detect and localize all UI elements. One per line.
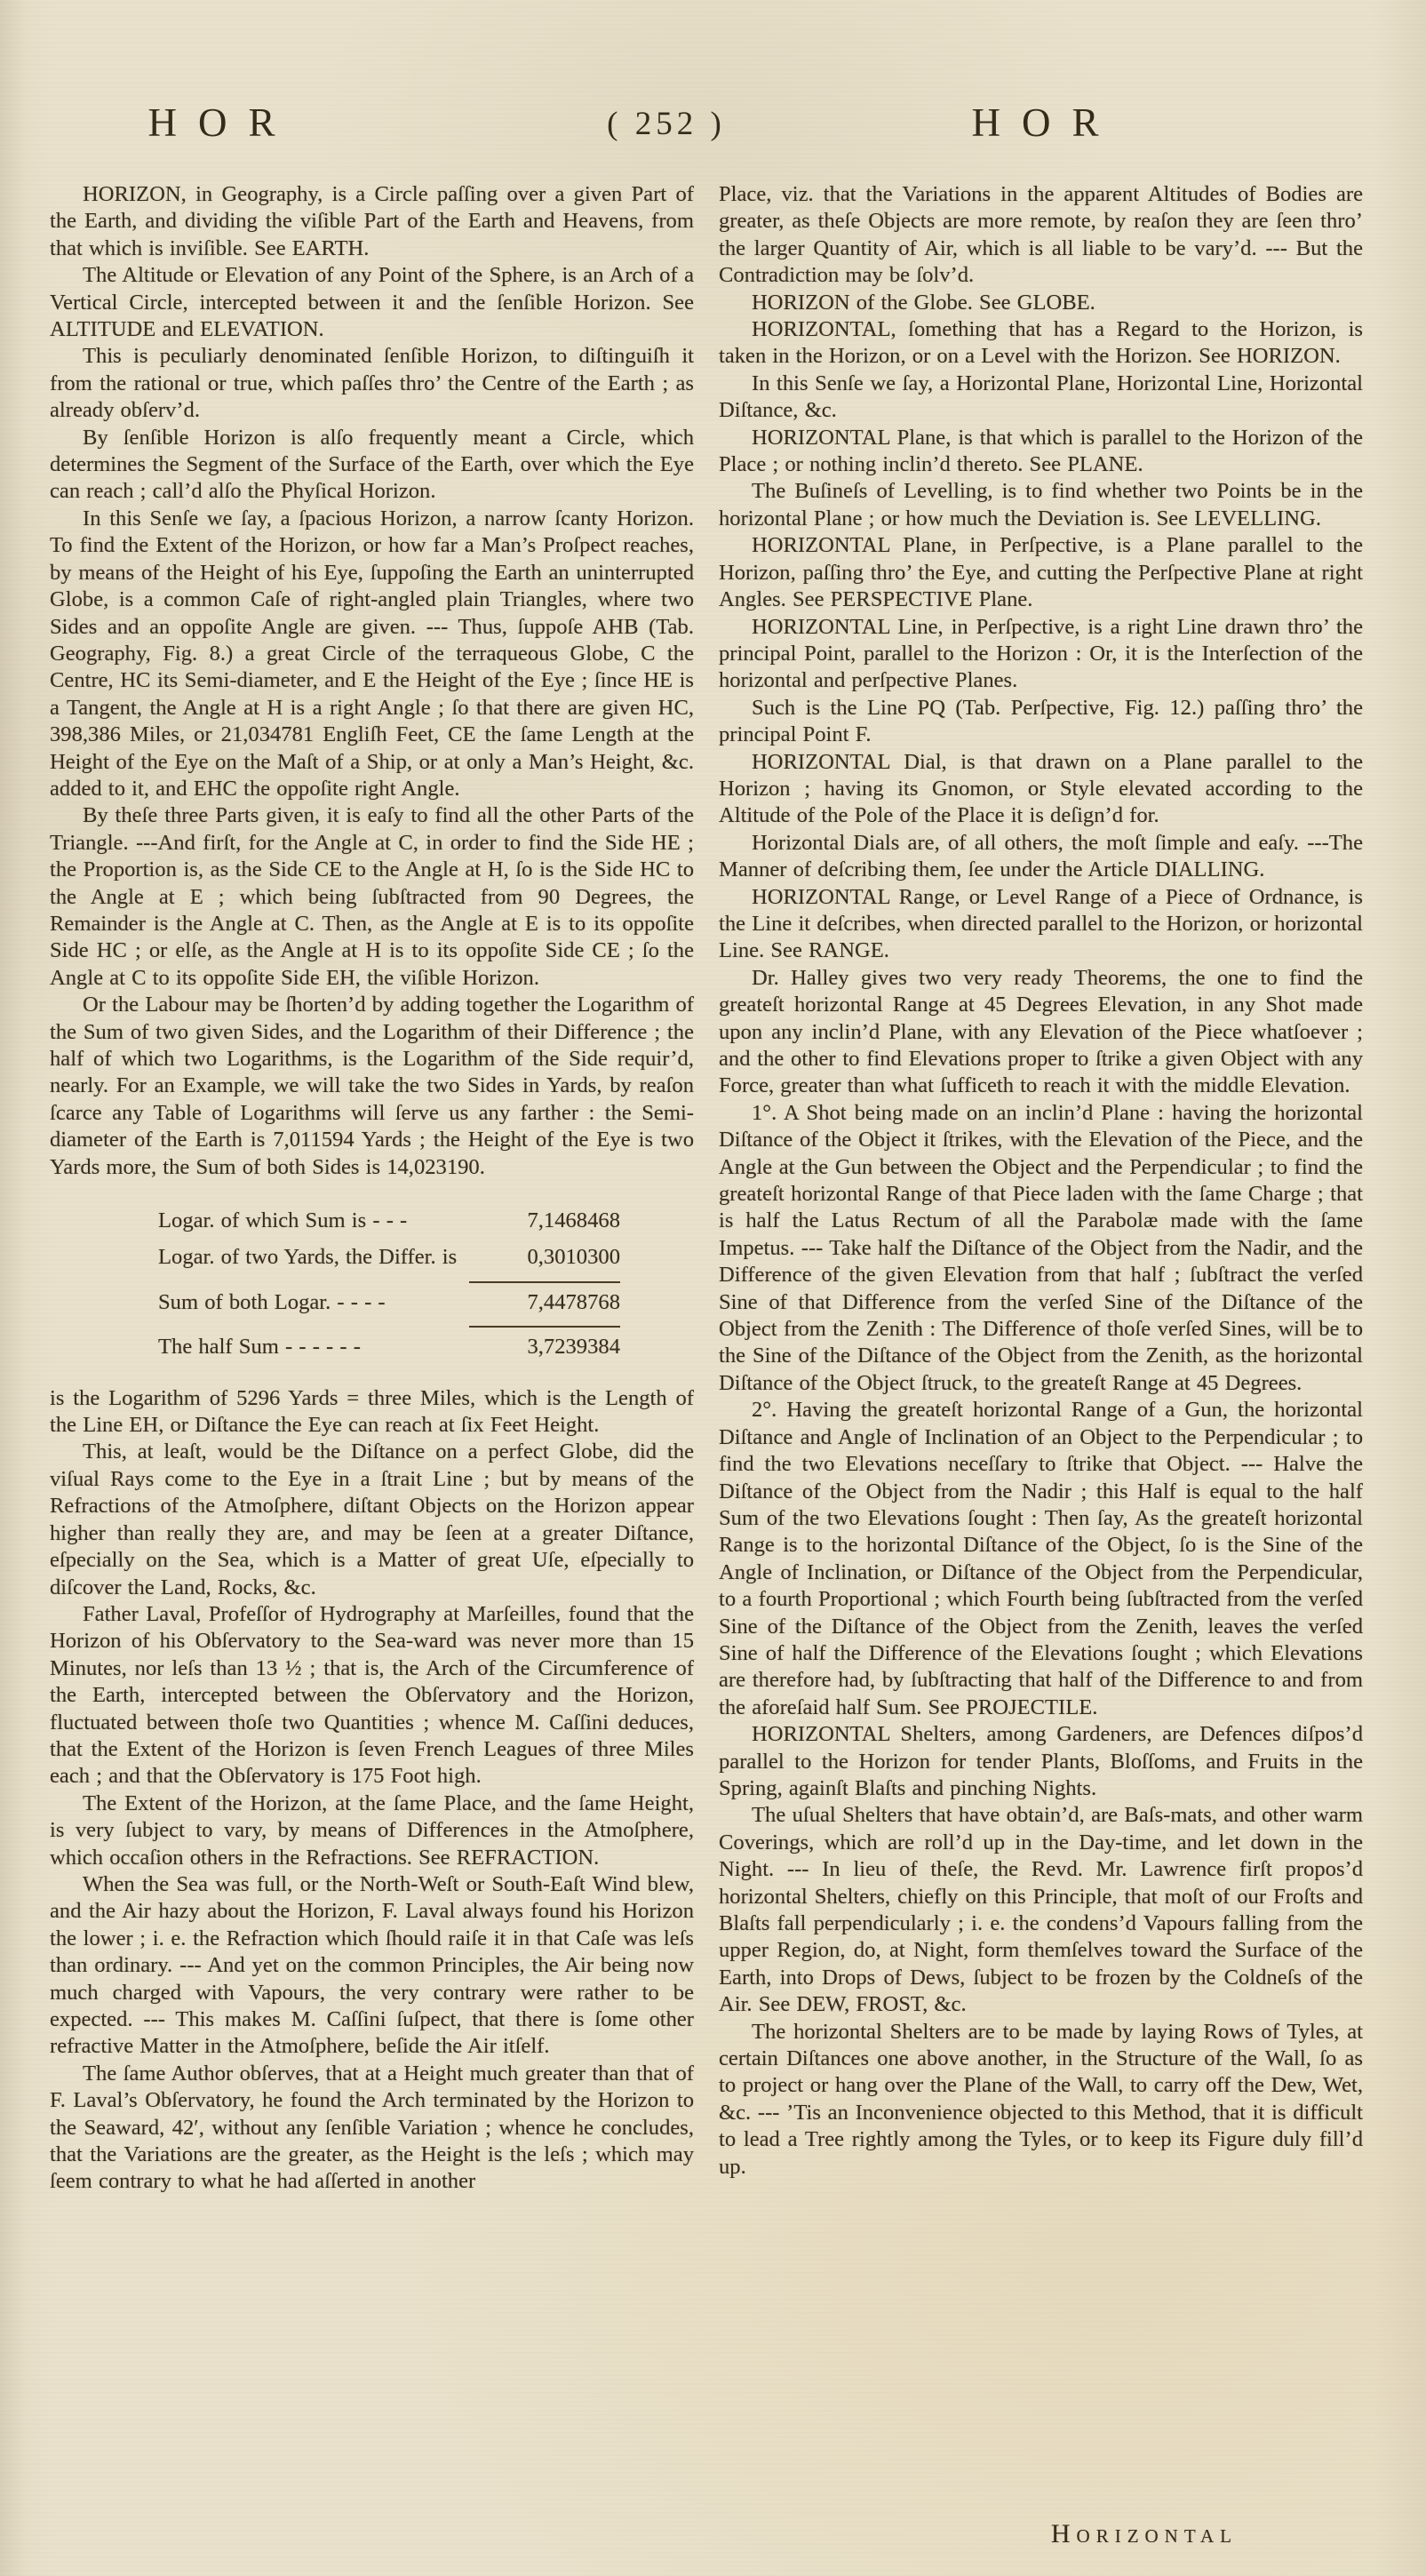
log-table-row: Logar. of which Sum is - - -7,1468468 (158, 1202, 620, 1239)
log-table-row: Sum of both Logar. - - - -7,4478768 (158, 1276, 620, 1320)
paragraph: HORIZONTAL Range, or Level Range of a Pi… (719, 884, 1363, 965)
paragraph: The Buſineſs of Levelling, is to find wh… (719, 478, 1363, 532)
page-number: ( 252 ) (607, 105, 726, 143)
paragraph: HORIZON, in Geography, is a Circle paſſi… (50, 181, 694, 262)
paragraph: The ſame Author obſerves, that at a Heig… (50, 2061, 694, 2196)
log-row-label: Sum of both Logar. - - - - (158, 1289, 386, 1316)
paragraph: Father Laval, Profeſſor of Hydrography a… (50, 1601, 694, 1790)
paragraph: This is peculiarly denominated ſenſible … (50, 343, 694, 424)
paragraph: HORIZONTAL Plane, is that which is paral… (719, 425, 1363, 479)
paragraph: In this Senſe we ſay, a ſpacious Horizon… (50, 506, 694, 802)
paragraph: By theſe three Parts given, it is eaſy t… (50, 802, 694, 992)
log-table-row: Logar. of two Yards, the Differ. is0,301… (158, 1239, 620, 1275)
paragraph: Or the Labour may be ſhorten’d by adding… (50, 992, 694, 1181)
paragraph: HORIZONTAL Plane, in Perſpective, is a P… (719, 532, 1363, 613)
left-column-bottom-paragraphs: is the Logarithm of 5296 Yards = three M… (50, 1385, 694, 2196)
paragraph: The Altitude or Elevation of any Point o… (50, 262, 694, 343)
log-row-label: The half Sum - - - - - - (158, 1334, 361, 1360)
paragraph: The horizontal Shelters are to be made b… (719, 2019, 1363, 2181)
log-row-value: 0,3010300 (469, 1244, 620, 1271)
log-row-label: Logar. of two Yards, the Differ. is (158, 1244, 457, 1271)
paragraph: is the Logarithm of 5296 Yards = three M… (50, 1385, 694, 1440)
running-title-left: HOR (147, 100, 296, 146)
paragraph: HORIZONTAL Dial, is that drawn on a Plan… (719, 749, 1363, 830)
paragraph: In this Senſe we ſay, a Horizontal Plane… (719, 371, 1363, 425)
paragraph: Dr. Halley gives two very ready Theorems… (719, 965, 1363, 1100)
log-row-value: 3,7239384 (469, 1326, 620, 1360)
paragraph: HORIZONTAL, ſomething that has a Regard … (719, 316, 1363, 371)
paragraph: Place, viz. that the Variations in the a… (719, 181, 1363, 290)
paragraph: 2°. Having the greateſt horizontal Range… (719, 1397, 1363, 1721)
paragraph: Horizontal Dials are, of all others, the… (719, 830, 1363, 884)
paragraph: Such is the Line PQ (Tab. Perſpective, F… (719, 695, 1363, 749)
paragraph: This, at leaſt, would be the Diſtance on… (50, 1439, 694, 1600)
text-columns: HORIZON, in Geography, is a Circle paſſi… (50, 181, 1376, 2196)
encyclopedia-page: HOR ( 252 ) HOR HORIZON, in Geography, i… (0, 0, 1426, 2576)
left-column-top-paragraphs: HORIZON, in Geography, is a Circle paſſi… (50, 181, 694, 1181)
right-column-paragraphs: Place, viz. that the Variations in the a… (719, 181, 1363, 2181)
paragraph: By ſenſible Horizon is alſo frequently m… (50, 425, 694, 506)
left-column: HORIZON, in Geography, is a Circle paſſi… (50, 181, 694, 2196)
paragraph: The uſual Shelters that have obtain’d, a… (719, 1802, 1363, 2018)
paragraph: HORIZONTAL Line, in Perſpective, is a ri… (719, 614, 1363, 695)
page-header: HOR ( 252 ) HOR (50, 100, 1376, 171)
running-title-right: HOR (971, 100, 1119, 146)
paragraph: The Extent of the Horizon, at the ſame P… (50, 1790, 694, 1871)
log-row-value: 7,4478768 (469, 1281, 620, 1316)
log-row-value: 7,1468468 (469, 1208, 620, 1234)
paragraph: HORIZON of the Globe. See GLOBE. (719, 290, 1363, 316)
paragraph: HORIZONTAL Shelters, among Gardeners, ar… (719, 1721, 1363, 1802)
log-table-row: The half Sum - - - - - -3,7239384 (158, 1320, 620, 1365)
logarithm-table: Logar. of which Sum is - - -7,1468468Log… (158, 1202, 620, 1366)
paragraph: When the Sea was full, or the North-Weſt… (50, 1871, 694, 2061)
paragraph: 1°. A Shot being made on an inclin’d Pla… (719, 1100, 1363, 1397)
log-row-label: Logar. of which Sum is - - - (158, 1208, 407, 1234)
catchword: Horizontal (1051, 2519, 1238, 2549)
right-column: Place, viz. that the Variations in the a… (719, 181, 1363, 2196)
